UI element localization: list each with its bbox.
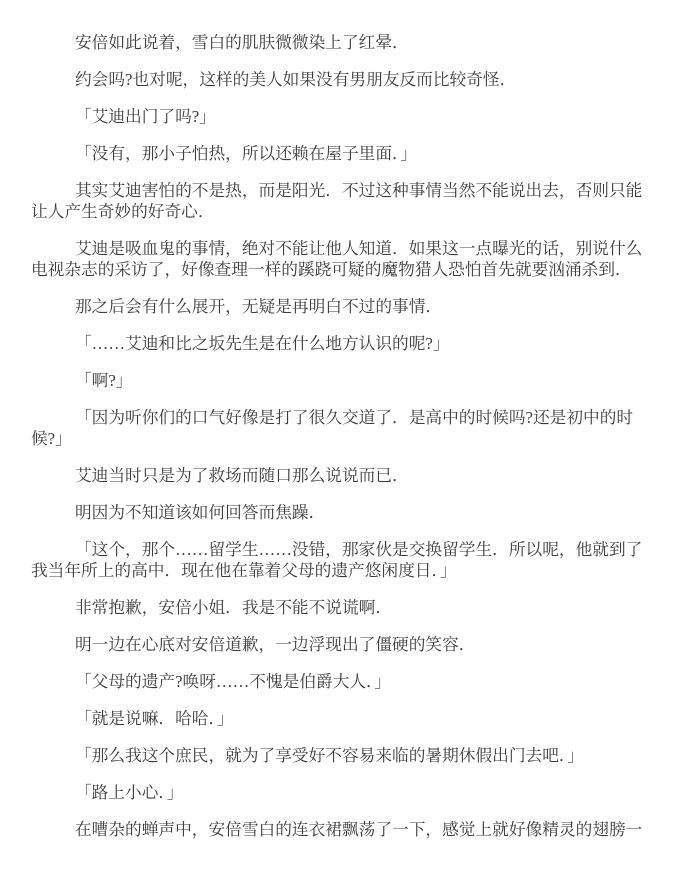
paragraph: 明一边在心底对安倍道歉，一边浮现出了僵硬的笑容． xyxy=(31,634,656,655)
paragraph: 艾迪是吸血鬼的事情，绝对不能让他人知道．如果这一点曝光的话，别说什么 电视杂志的… xyxy=(31,238,656,280)
document-body: 安倍如此说着，雪白的肌肤微微染上了红晕．约会吗?也对呢，这样的美人如果没有男朋友… xyxy=(0,0,680,880)
paragraph: 「这个，那个……留学生……没错，那家伙是交换留学生．所以呢，他就到了 我当年所上… xyxy=(31,539,656,581)
paragraph: 在嘈杂的蝉声中，安倍雪白的连衣裙飘荡了一下，感觉上就好像精灵的翅膀一 xyxy=(31,819,656,840)
paragraph: 非常抱歉，安倍小姐．我是不能不说谎啊． xyxy=(31,597,656,618)
paragraph: 「……艾迪和比之坂先生是在什么地方认识的呢?」 xyxy=(31,333,656,354)
paragraph: 「父母的遗产?唤呀……不愧是伯爵大人．」 xyxy=(31,671,656,692)
paragraph: 「路上小心．」 xyxy=(31,782,656,803)
paragraph: 「就是说嘛．哈哈．」 xyxy=(31,708,656,729)
paragraph: 艾迪当时只是为了救场而随口那么说说而已． xyxy=(31,465,656,486)
paragraph: 「啊?」 xyxy=(31,370,656,391)
paragraph: 安倍如此说着，雪白的肌肤微微染上了红晕． xyxy=(31,32,656,53)
paragraph: 「那么我这个庶民，就为了享受好不容易来临的暑期休假出门去吧．」 xyxy=(31,745,656,766)
paragraph: 其实艾迪害怕的不是热，而是阳光．不过这种事情当然不能说出去，否则只能 让人产生奇… xyxy=(31,180,656,222)
paragraph: 明因为不知道该如何回答而焦躁． xyxy=(31,502,656,523)
paragraph: 「没有，那小子怕热，所以还赖在屋子里面．」 xyxy=(31,143,656,164)
paragraph: 「因为听你们的口气好像是打了很久交道了．是高中的时候吗?还是初中的时 候?」 xyxy=(31,407,656,449)
paragraph: 「艾迪出门了吗?」 xyxy=(31,106,656,127)
novel-page: 安倍如此说着，雪白的肌肤微微染上了红晕．约会吗?也对呢，这样的美人如果没有男朋友… xyxy=(0,0,680,880)
paragraph: 约会吗?也对呢，这样的美人如果没有男朋友反而比较奇怪． xyxy=(31,69,656,90)
paragraph: 那之后会有什么展开，无疑是再明白不过的事情． xyxy=(31,296,656,317)
